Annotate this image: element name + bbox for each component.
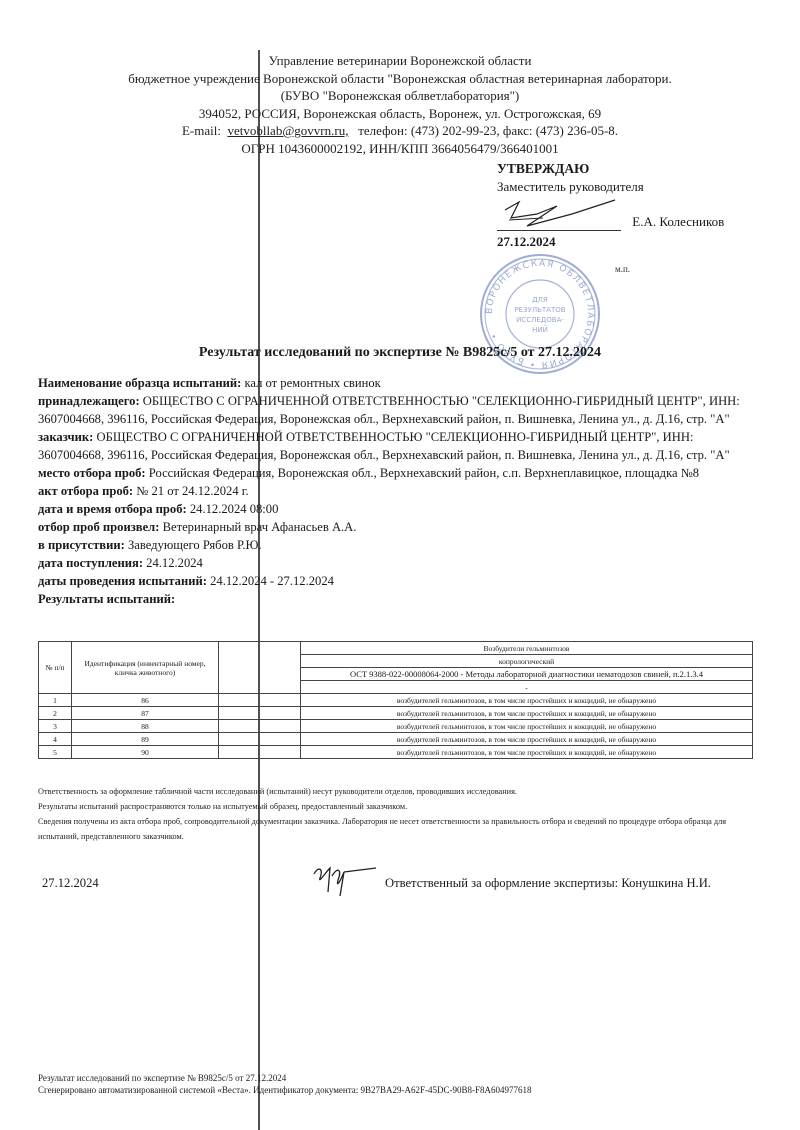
- cell-num: 5: [39, 746, 72, 759]
- svg-text:ИССЛЕДОВА-: ИССЛЕДОВА-: [516, 316, 564, 324]
- results-table: № п/п Идентификация (инвентарный номер, …: [38, 641, 753, 759]
- svg-text:ДЛЯ: ДЛЯ: [532, 296, 548, 304]
- email-link[interactable]: vetvobllab@govvrn.ru,: [227, 123, 348, 138]
- label: даты проведения испытаний:: [38, 574, 207, 588]
- responsible-signature-icon: [310, 862, 380, 898]
- col-header-num: № п/п: [39, 642, 72, 694]
- note-2: Результаты испытаний распространяются то…: [38, 799, 758, 814]
- field-testdates: даты проведения испытаний: 24.12.2024 - …: [38, 572, 760, 590]
- method: ОСТ 9388-022-00008064-2000 - Методы лабо…: [301, 668, 753, 681]
- cell-result: возбудителей гельминтозов, в том числе п…: [301, 694, 753, 707]
- signature-icon: [497, 196, 621, 230]
- cell-empty: [219, 733, 301, 746]
- cell-result: возбудителей гельминтозов, в том числе п…: [301, 720, 753, 733]
- table-row: 4 89 возбудителей гельминтозов, в том чи…: [39, 733, 753, 746]
- disclaimer-notes: Ответственность за оформление табличной …: [38, 784, 758, 844]
- cell-id: 86: [72, 694, 219, 707]
- cell-id: 88: [72, 720, 219, 733]
- label: место отбора проб:: [38, 466, 146, 480]
- cell-empty: [219, 720, 301, 733]
- table-row: 5 90 возбудителей гельминтозов, в том чи…: [39, 746, 753, 759]
- approver-name: Е.А. Колесников: [632, 213, 724, 231]
- label: принадлежащего:: [38, 394, 140, 408]
- label: акт отбора проб:: [38, 484, 133, 498]
- stamp-place-label: м.п.: [615, 264, 630, 274]
- label: дата поступления:: [38, 556, 143, 570]
- signoff-date: 27.12.2024: [42, 876, 99, 891]
- label: отбор проб произвел:: [38, 520, 159, 534]
- group-header: Возбудители гельминтозов: [301, 642, 753, 655]
- label: дата и время отбора проб:: [38, 502, 187, 516]
- col-header-id: Идентификация (инвентарный номер, кличка…: [72, 642, 219, 694]
- value: № 21 от 24.12.2024 г.: [133, 484, 249, 498]
- field-place: место отбора проб: Российская Федерация,…: [38, 464, 760, 482]
- cell-num: 4: [39, 733, 72, 746]
- document-title: Результат исследований по экспертизе № В…: [0, 345, 800, 361]
- cell-num: 3: [39, 720, 72, 733]
- header-line-4: 394052, РОССИЯ, Воронежская область, Вор…: [0, 105, 800, 123]
- approval-title: УТВЕРЖДАЮ: [497, 160, 724, 178]
- cell-result: возбудителей гельминтозов, в том числе п…: [301, 733, 753, 746]
- header-contacts: E-mail: vetvobllab@govvrn.ru, телефон: (…: [0, 122, 800, 140]
- table-row: 1 86 возбудителей гельминтозов, в том чи…: [39, 694, 753, 707]
- approval-date: 27.12.2024: [497, 233, 724, 251]
- field-sample: Наименование образца испытаний: кал от р…: [38, 374, 760, 392]
- field-datetime: дата и время отбора проб: 24.12.2024 08:…: [38, 500, 760, 518]
- approval-block: УТВЕРЖДАЮ Заместитель руководителя Е.А. …: [497, 160, 724, 251]
- value: ОБЩЕСТВО С ОГРАНИЧЕННОЙ ОТВЕТСТВЕННОСТЬЮ…: [38, 394, 740, 426]
- svg-text:НИЙ: НИЙ: [532, 325, 548, 334]
- value: Российская Федерация, Воронежская обл., …: [146, 466, 699, 480]
- cell-result: возбудителей гельминтозов, в том числе п…: [301, 746, 753, 759]
- value: ОБЩЕСТВО С ОГРАНИЧЕННОЙ ОТВЕТСТВЕННОСТЬЮ…: [38, 430, 730, 462]
- header-line-2: бюджетное учреждение Воронежской области…: [0, 70, 800, 88]
- units: -: [301, 681, 753, 694]
- responsible-person: Ответственный за оформление экспертизы: …: [385, 876, 711, 891]
- field-sampler: отбор проб произвел: Ветеринарный врач А…: [38, 518, 760, 536]
- cell-num: 1: [39, 694, 72, 707]
- value: Ветеринарный врач Афанасьев А.А.: [159, 520, 356, 534]
- footer-line-1: Результат исследований по экспертизе № В…: [38, 1072, 532, 1084]
- results-heading: Результаты испытаний:: [38, 590, 760, 608]
- cell-id: 87: [72, 707, 219, 720]
- table-row: 2 87 возбудителей гельминтозов, в том чи…: [39, 707, 753, 720]
- label: Результаты испытаний:: [38, 592, 175, 606]
- signature-line: [497, 196, 621, 231]
- footer-line-2: Сгенерировано автоматизированной системо…: [38, 1084, 532, 1096]
- svg-text:РЕЗУЛЬТАТОВ: РЕЗУЛЬТАТОВ: [514, 306, 565, 314]
- header-line-1: Управление ветеринарии Воронежской облас…: [0, 52, 800, 70]
- label: заказчик:: [38, 430, 93, 444]
- field-owner: принадлежащего: ОБЩЕСТВО С ОГРАНИЧЕННОЙ …: [38, 392, 760, 428]
- field-presence: в присутствии: Заведующего Рябов Р.Ю.: [38, 536, 760, 554]
- cell-empty: [219, 707, 301, 720]
- label: Наименование образца испытаний:: [38, 376, 241, 390]
- cell-empty: [219, 694, 301, 707]
- value: 24.12.2024: [143, 556, 203, 570]
- value: кал от ремонтных свинок: [241, 376, 380, 390]
- label: в присутствии:: [38, 538, 125, 552]
- value: Заведующего Рябов Р.Ю.: [125, 538, 262, 552]
- sample-fields: Наименование образца испытаний: кал от р…: [38, 374, 760, 608]
- letterhead: Управление ветеринарии Воронежской облас…: [0, 52, 800, 157]
- method-type: копрологический: [301, 655, 753, 668]
- field-act: акт отбора проб: № 21 от 24.12.2024 г.: [38, 482, 760, 500]
- note-3: Сведения получены из акта отбора проб, с…: [38, 814, 758, 844]
- cell-result: возбудителей гельминтозов, в том числе п…: [301, 707, 753, 720]
- col-header-empty: [219, 642, 301, 694]
- phones: телефон: (473) 202-99-23, факс: (473) 23…: [358, 123, 618, 138]
- email-label: E-mail:: [182, 123, 221, 138]
- cell-id: 90: [72, 746, 219, 759]
- value: 24.12.2024 - 27.12.2024: [207, 574, 334, 588]
- field-received: дата поступления: 24.12.2024: [38, 554, 760, 572]
- page-footer: Результат исследований по экспертизе № В…: [38, 1072, 532, 1096]
- header-line-6: ОГРН 1043600002192, ИНН/КПП 3664056479/3…: [0, 140, 800, 158]
- document-page: Управление ветеринарии Воронежской облас…: [0, 0, 800, 1130]
- field-customer: заказчик: ОБЩЕСТВО С ОГРАНИЧЕННОЙ ОТВЕТС…: [38, 428, 760, 464]
- note-1: Ответственность за оформление табличной …: [38, 784, 758, 799]
- approval-position: Заместитель руководителя: [497, 178, 724, 196]
- table-row: 3 88 возбудителей гельминтозов, в том чи…: [39, 720, 753, 733]
- header-line-3: (БУВО "Воронежская облветлаборатория"): [0, 87, 800, 105]
- cell-id: 89: [72, 733, 219, 746]
- value: 24.12.2024 08:00: [187, 502, 279, 516]
- cell-num: 2: [39, 707, 72, 720]
- cell-empty: [219, 746, 301, 759]
